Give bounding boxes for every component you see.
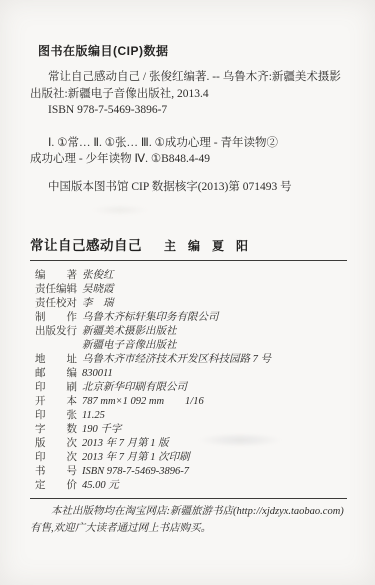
colophon-row: 印 张 11.25 xyxy=(30,409,347,423)
colophon-row-value: 李 瑞 xyxy=(82,297,114,311)
colophon-row-label xyxy=(30,339,82,353)
colophon-row: 新疆电子音像出版社 xyxy=(30,339,347,353)
colophon-row-label: 书 号 xyxy=(30,465,82,479)
colophon-row-value: 190 千字 xyxy=(82,423,121,437)
cip-record-line2: 出版社:新疆电子音像出版社, 2013.4 xyxy=(30,86,347,103)
colophon-row: 责任编辑 吴晓霞 xyxy=(30,283,347,297)
colophon-row-label: 编 著 xyxy=(30,269,82,283)
colophon-row-value: 北京新华印刷有限公司 xyxy=(82,381,187,395)
colophon-row-value: 2013 年 7 月第 1 版 xyxy=(82,437,169,451)
colophon-row: 出版发行 新疆美术摄影出版社 xyxy=(30,325,347,339)
title-divider-rule xyxy=(30,260,347,261)
colophon-row: 制 作 乌鲁木齐标轩集印务有限公司 xyxy=(30,311,347,325)
colophon-row-label: 开 本 xyxy=(30,395,82,409)
colophon-row-label: 制 作 xyxy=(30,311,82,325)
colophon-row: 书 号 ISBN 978-7-5469-3896-7 xyxy=(30,465,347,479)
colophon-row-label: 出版发行 xyxy=(30,325,82,339)
colophon-row-label: 责任校对 xyxy=(30,297,82,311)
colophon-row-label: 版 次 xyxy=(30,437,82,451)
cip-registry-line: 中国版本图书馆 CIP 数据核字(2013)第 071493 号 xyxy=(30,179,347,196)
colophon-row-label: 定 价 xyxy=(30,479,82,493)
colophon-row-label: 印 刷 xyxy=(30,381,82,395)
colophon-row-value: 830011 xyxy=(82,367,113,381)
colophon-row: 邮 编 830011 xyxy=(30,367,347,381)
colophon-row: 定 价 45.00 元 xyxy=(30,479,347,493)
colophon-row: 版 次 2013 年 7 月第 1 版 xyxy=(30,437,347,451)
book-copyright-page: 图书在版编目(CIP)数据 常让自己感动自己 / 张俊红编著. -- 乌鲁木齐:… xyxy=(0,0,375,585)
colophon-row-value: ISBN 978-7-5469-3896-7 xyxy=(82,465,189,479)
colophon-row-value: 新疆电子音像出版社 xyxy=(82,339,177,353)
colophon-row: 字 数 190 千字 xyxy=(30,423,347,437)
cip-heading: 图书在版编目(CIP)数据 xyxy=(30,44,347,58)
colophon: 编 著 张俊红 责任编辑 吴晓霞 责任校对 李 瑞 制 作 乌鲁木齐标轩集印务有… xyxy=(30,269,347,493)
colophon-row-value: 2013 年 7 月第 1 次印刷 xyxy=(82,451,190,465)
colophon-row: 编 著 张俊红 xyxy=(30,269,347,283)
colophon-row: 印 次 2013 年 7 月第 1 次印刷 xyxy=(30,451,347,465)
colophon-row-label: 地 址 xyxy=(30,353,82,367)
colophon-row: 责任校对 李 瑞 xyxy=(30,297,347,311)
colophon-row-value: 45.00 元 xyxy=(82,479,119,493)
colophon-row-label: 责任编辑 xyxy=(30,283,82,297)
footer-notice-box: 本社出版物均在淘宝网店:新疆旅游书店(http://xjdzyx.taobao.… xyxy=(30,498,347,537)
colophon-row: 印 刷 北京新华印刷有限公司 xyxy=(30,381,347,395)
chief-editor-credit: 主 编 夏 阳 xyxy=(164,237,248,255)
book-title: 常让自己感动自己 xyxy=(30,237,142,255)
cip-classification-line1: Ⅰ. ①常… Ⅱ. ①张… Ⅲ. ①成功心理 - 青年读物② xyxy=(30,135,347,152)
colophon-row-label: 印 次 xyxy=(30,451,82,465)
title-bar: 常让自己感动自己 主 编 夏 阳 xyxy=(30,237,347,255)
colophon-row: 开 本 787 mm×1 092 mm 1/16 xyxy=(30,395,347,409)
cip-classification-block: Ⅰ. ①常… Ⅱ. ①张… Ⅲ. ①成功心理 - 青年读物② 成功心理 - 少年… xyxy=(30,135,347,168)
colophon-row-value: 11.25 xyxy=(82,409,105,423)
colophon-row-value: 新疆美术摄影出版社 xyxy=(82,325,177,339)
colophon-row: 地 址 乌鲁木齐市经济技术开发区科技园路 7 号 xyxy=(30,353,347,367)
colophon-row-value: 787 mm×1 092 mm 1/16 xyxy=(82,395,204,409)
colophon-row-label: 字 数 xyxy=(30,423,82,437)
cip-isbn-line: ISBN 978-7-5469-3896-7 xyxy=(30,102,347,119)
cip-record-block: 常让自己感动自己 / 张俊红编著. -- 乌鲁木齐:新疆美术摄影 出版社:新疆电… xyxy=(30,69,347,119)
cip-classification-line2: 成功心理 - 少年读物 Ⅳ. ①B848.4-49 xyxy=(30,151,347,168)
colophon-row-value: 吴晓霞 xyxy=(82,283,114,297)
colophon-row-value: 张俊红 xyxy=(82,269,114,283)
colophon-row-label: 印 张 xyxy=(30,409,82,423)
footer-notice-text: 本社出版物均在淘宝网店:新疆旅游书店(http://xjdzyx.taobao.… xyxy=(30,503,347,537)
colophon-row-label: 邮 编 xyxy=(30,367,82,381)
colophon-row-value: 乌鲁木齐市经济技术开发区科技园路 7 号 xyxy=(82,353,271,367)
cip-record-line1: 常让自己感动自己 / 张俊红编著. -- 乌鲁木齐:新疆美术摄影 xyxy=(30,69,347,86)
colophon-row-value: 乌鲁木齐标轩集印务有限公司 xyxy=(82,311,219,325)
